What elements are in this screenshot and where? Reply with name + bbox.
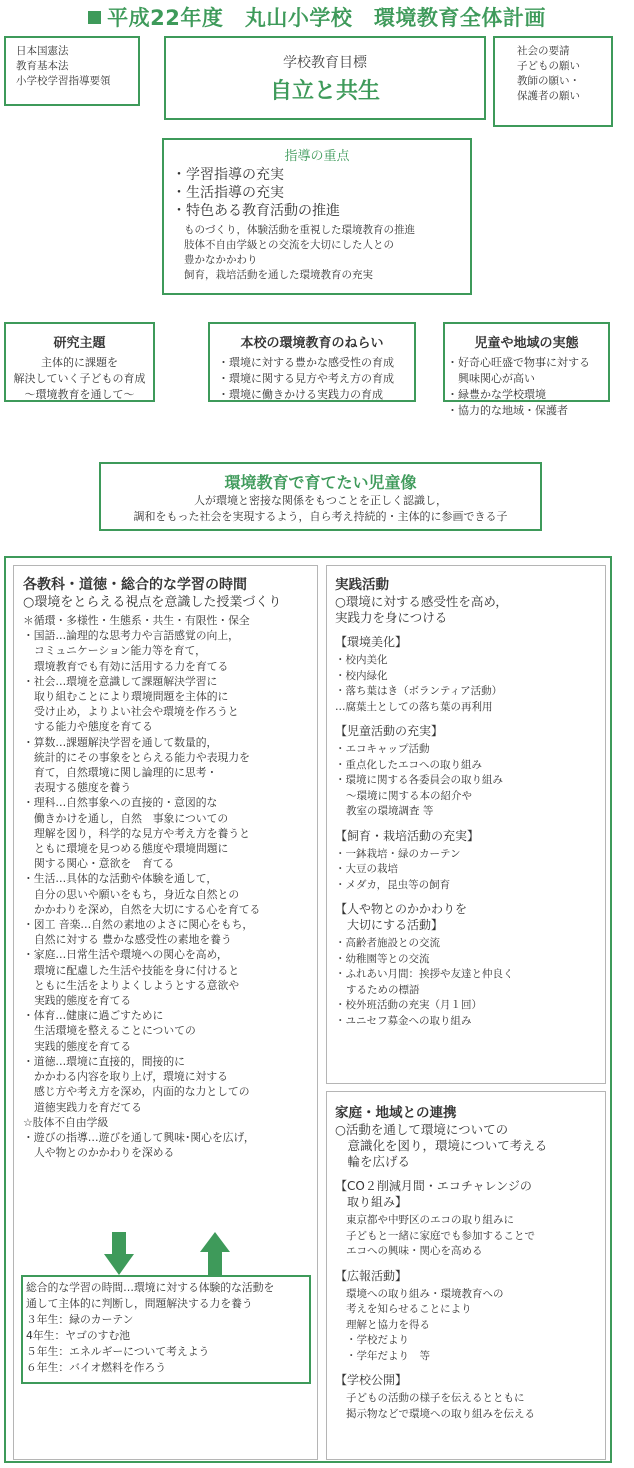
subject-line: 自分の思いや願いをもち，身近な自然との [23, 887, 317, 902]
practice-lead: 実践力を身につける [335, 610, 605, 626]
subjects-lead: ○環境をとらえる視点を意識した授業づくり [23, 594, 317, 611]
subject-line: ・理科…自然事象への直接的・意図的な [23, 795, 317, 810]
section-title: 【CO２削減月間・エコチャレンジの 取り組み】 [335, 1178, 605, 1210]
home-community-lead: 意識化を図り，環境について考える [335, 1138, 605, 1154]
law-line: 日本国憲法 [16, 44, 138, 59]
section-item: ・校外班活動の充実（月１回） [335, 998, 605, 1014]
section-item: ・学年だより 等 [335, 1349, 605, 1365]
subjects-body: ＊循環・多様性・生態系・共生・有限性・保全・国語…論理的な思考力や言語感覚の向上… [23, 613, 317, 1160]
section-item: …腐葉土としての落ち葉の再利用 [335, 700, 605, 716]
section-item: 掲示物などで環境への取り組みを伝える [335, 1407, 605, 1423]
research-line: 〜環境教育を通して〜 [6, 387, 153, 403]
section-items: ・校内美化・校内緑化・落ち葉はき（ボランティア活動）…腐葉土としての落ち葉の再利… [335, 653, 605, 715]
home-community-lead: 輪を広げる [335, 1154, 605, 1170]
community-reality-heading: 児童や地域の実態 [445, 332, 608, 351]
aim-line: ・環境に関する見方や考え方の育成 [218, 371, 414, 387]
subject-line: ・国語…論理的な思考力や言語感覚の向上， [23, 628, 317, 643]
subject-line: ・遊びの指導…遊びを通して興味･関心を広げ， [23, 1130, 317, 1145]
section-item: ・落ち葉はき（ボランティア活動） [335, 684, 605, 700]
community-reality-box: 児童や地域の実態 ・好奇心旺盛で物事に対する 興味関心が高い ・緑豊かな学校環境… [443, 322, 610, 402]
subject-line: かかわりを深め，自然を大切にする心を育てる [23, 902, 317, 917]
subject-line: 環境教育でも有効に活用する力を育てる [23, 659, 317, 674]
section-item: ・重点化したエコへの取り組み [335, 758, 605, 774]
society-wishes-box: 社会の要請 子どもの願い 教師の願い・ 保護者の願い [493, 36, 613, 127]
up-arrow-icon [200, 1232, 230, 1276]
section-title-line: 【環境美化】 [335, 634, 605, 650]
subject-line: する能力や態度を育てる [23, 719, 317, 734]
section-items: 東京都や中野区のエコの取り組みに子どもと一緒に家庭でも参加することでエコへの興味… [335, 1213, 605, 1260]
research-line: 解決していく子どもの育成 [6, 371, 153, 387]
focus-item: ・学習指導の充実 [172, 166, 470, 184]
school-goal-label: 学校教育目標 [166, 52, 484, 72]
home-community-panel: 家庭・地域との連携 ○活動を通して環境についての 意識化を図り，環境について考え… [326, 1091, 606, 1460]
subject-line: 実践的態度を育てる [23, 1039, 317, 1054]
section-item: 理解と協力を得る [335, 1318, 605, 1334]
section-item: ・高齢者施設との交流 [335, 936, 605, 952]
law-line: 小学校学習指導要領 [16, 74, 138, 89]
subject-line: ＊循環・多様性・生態系・共生・有限性・保全 [23, 613, 317, 628]
section-title: 【広報活動】 [335, 1268, 605, 1284]
section-item: 考えを知らせることにより [335, 1302, 605, 1318]
subject-line: ・算数…課題解決学習を通して数量的， [23, 735, 317, 750]
grade-activity: ６年生：バイオ燃料を作ろう [26, 1360, 309, 1376]
section-items: 子どもの活動の様子を伝えるとともに掲示物などで環境への取り組みを伝える [335, 1391, 605, 1422]
section-title-line: 【児童活動の充実】 [335, 723, 605, 739]
integrated-study-box: 総合的な学習の時間…環境に対する体験的な活動を 通して主体的に判断し，問題解決す… [21, 1275, 311, 1384]
page-title: 平成22年度 丸山小学校 環境教育全体計画 [0, 2, 634, 32]
integrated-study-line: 通して主体的に判断し，問題解決する力を養う [26, 1296, 309, 1312]
section-item: ・一鉢栽培・緑のカーテン [335, 847, 605, 863]
subject-line: コミュニケーション能力等を育て， [23, 643, 317, 658]
subject-line: 関する関心・意欲を 育てる [23, 856, 317, 871]
section-title: 【学校公開】 [335, 1372, 605, 1388]
subject-line: ・社会…環境を意識して課題解決学習に [23, 674, 317, 689]
school-goal-box: 学校教育目標 自立と共生 [164, 36, 486, 120]
section-item: ・学校だより [335, 1333, 605, 1349]
focus-detail: ものづくり，体験活動を重視した環境教育の推進 [184, 223, 470, 238]
practice-lead: ○環境に対する感受性を高め， [335, 594, 605, 610]
subject-line: 取り組むことにより環境問題を主体的に [23, 689, 317, 704]
environment-aims-heading: 本校の環境教育のねらい [210, 332, 414, 351]
section-title: 【児童活動の充実】 [335, 723, 605, 739]
section-title-line: 大切にする活動】 [335, 917, 605, 933]
section-title-line: 【CO２削減月間・エコチャレンジの [335, 1178, 605, 1194]
section-item: ・校内美化 [335, 653, 605, 669]
focus-item: ・特色ある教育活動の推進 [172, 202, 470, 220]
subject-line: ともに生活をよりよくしようとする意欲や [23, 978, 317, 993]
section-item: ・メダカ，昆虫等の飼育 [335, 878, 605, 894]
ideal-line: 調和をもった社会を実現するよう，自ら考え持続的・主体的に参画できる子 [101, 509, 540, 525]
section-items: ・高齢者施設との交流・幼稚園等との交流・ふれあい月間：挨拶や友達と仲良くするため… [335, 936, 605, 1029]
integrated-study-line: 総合的な学習の時間…環境に対する体験的な活動を [26, 1280, 309, 1296]
section-item: 環境への取り組み・環境教育への [335, 1287, 605, 1303]
section-item: ・幼稚園等との交流 [335, 952, 605, 968]
environment-aims-box: 本校の環境教育のねらい ・環境に対する豊かな感受性の育成 ・環境に関する見方や考… [208, 322, 416, 402]
reality-line: ・協力的な地域・保護者 [447, 403, 608, 419]
grade-activity: ５年生：エネルギーについて考えよう [26, 1344, 309, 1360]
practice-heading: 実践活動 [335, 576, 605, 594]
laws-box: 日本国憲法 教育基本法 小学校学習指導要領 [4, 36, 140, 106]
grade-activity: ３年生：緑のカーテン [26, 1312, 309, 1328]
wish-line: 保護者の願い [517, 89, 611, 104]
home-community-heading: 家庭・地域との連携 [335, 1104, 605, 1122]
section-item: 子どもと一緒に家庭でも参加することで [335, 1229, 605, 1245]
subject-line: ☆肢体不自由学級 [23, 1115, 317, 1130]
subject-line: 自然に対する 豊かな感受性の素地を養う [23, 932, 317, 947]
subject-line: 道徳実践力を育だてる [23, 1100, 317, 1115]
subject-line: 育て，自然環境に関し論理的に思考・ [23, 765, 317, 780]
subject-line: 実践的態度を育てる [23, 993, 317, 1008]
page-title-text: 平成22年度 丸山小学校 環境教育全体計画 [107, 6, 546, 30]
subject-line: 生活環境を整えることについての [23, 1023, 317, 1038]
reality-line: 興味関心が高い [447, 371, 608, 387]
law-line: 教育基本法 [16, 59, 138, 74]
section-item: ・校内緑化 [335, 669, 605, 685]
section-item: 子どもの活動の様子を伝えるとともに [335, 1391, 605, 1407]
section-items: ・一鉢栽培・緑のカーテン・大豆の栽培・メダカ，昆虫等の飼育 [335, 847, 605, 894]
subject-line: 統計的にその事象をとらえる能力や表現力を [23, 750, 317, 765]
focus-item: ・生活指導の充実 [172, 184, 470, 202]
wish-line: 教師の願い・ [517, 74, 611, 89]
practice-sections: 【環境美化】・校内美化・校内緑化・落ち葉はき（ボランティア活動）…腐葉土としての… [335, 634, 605, 1029]
research-theme-heading: 研究主題 [6, 332, 153, 351]
subject-line: ・家庭…日常生活や環境への関心を高め， [23, 947, 317, 962]
subject-line: 人や物とのかかわりを深める [23, 1145, 317, 1160]
section-item: するための標語 [335, 983, 605, 999]
reality-line: ・好奇心旺盛で物事に対する [447, 355, 608, 371]
subject-line: 働きかけを通し，自然 事象についての [23, 811, 317, 826]
section-items: 環境への取り組み・環境教育への考えを知らせることにより理解と協力を得る・学校だよ… [335, 1287, 605, 1365]
research-line: 主体的に課題を [6, 355, 153, 371]
ideal-child-heading: 環境教育で育てたい児童像 [101, 470, 540, 493]
section-title: 【飼育・栽培活動の充実】 [335, 828, 605, 844]
down-arrow-icon [104, 1232, 134, 1275]
subject-line: かかわる内容を取り上げ，環境に対する [23, 1069, 317, 1084]
flow-arrows [100, 1232, 240, 1276]
subject-line: ・体育…健康に過ごすために [23, 1008, 317, 1023]
wish-line: 社会の要請 [517, 44, 611, 59]
guidance-focus-heading: 指導の重点 [172, 145, 470, 164]
section-item: ・エコキャップ活動 [335, 742, 605, 758]
subject-line: 表現する態度を養う [23, 780, 317, 795]
subject-line: 受け止め，よりよい社会や環境を作ろうと [23, 704, 317, 719]
focus-detail: 肢体不自由学級との交流を大切にした人との [184, 238, 470, 253]
focus-detail: 飼育，栽培活動を通した環境教育の充実 [184, 268, 470, 283]
home-community-sections: 【CO２削減月間・エコチャレンジの 取り組み】東京都や中野区のエコの取り組みに子… [335, 1178, 605, 1422]
section-title-line: 【飼育・栽培活動の充実】 [335, 828, 605, 844]
section-title-line: 取り組み】 [335, 1194, 605, 1210]
practice-activities-panel: 実践活動 ○環境に対する感受性を高め， 実践力を身につける 【環境美化】・校内美… [326, 565, 606, 1084]
square-bullet-icon [88, 11, 101, 24]
grade-activity: 4年生：ヤゴのすむ池 [26, 1328, 309, 1344]
subject-line: ともに環境を見つめる態度や環境問題に [23, 841, 317, 856]
ideal-child-box: 環境教育で育てたい児童像 人が環境と密接な関係をもつことを正しく認識し， 調和を… [99, 462, 542, 531]
section-item: 東京都や中野区のエコの取り組みに [335, 1213, 605, 1229]
ideal-line: 人が環境と密接な関係をもつことを正しく認識し， [101, 493, 540, 509]
subject-line: ・道徳…環境に直接的，間接的に [23, 1054, 317, 1069]
research-theme-box: 研究主題 主体的に課題を 解決していく子どもの育成 〜環境教育を通して〜 [4, 322, 155, 402]
section-title: 【人や物とのかかわりを 大切にする活動】 [335, 901, 605, 933]
subject-line: 感じ方や考え方を深め，内面的な力としての [23, 1084, 317, 1099]
focus-detail: 豊かなかかわり [184, 253, 470, 268]
aim-line: ・環境に働きかける実践力の育成 [218, 387, 414, 403]
section-item: エコへの興味・関心を高める [335, 1244, 605, 1260]
wish-line: 子どもの願い [517, 59, 611, 74]
section-title: 【環境美化】 [335, 634, 605, 650]
section-item: 〜環境に関する本の紹介や [335, 789, 605, 805]
section-title-line: 【広報活動】 [335, 1268, 605, 1284]
section-item: ・ふれあい月間：挨拶や友達と仲良く [335, 967, 605, 983]
section-item: ・ユニセフ募金への取り組み [335, 1014, 605, 1030]
subject-line: ・生活…具体的な活動や体験を通して， [23, 871, 317, 886]
subject-line: ・図工 音楽…自然の素地のよさに関心をもち， [23, 917, 317, 932]
school-goal-value: 自立と共生 [166, 74, 484, 105]
section-item: ・大豆の栽培 [335, 862, 605, 878]
guidance-focus-box: 指導の重点 ・学習指導の充実 ・生活指導の充実 ・特色ある教育活動の推進 ものづ… [162, 138, 472, 295]
subject-line: 理解を図り，科学的な見方や考え方を養うと [23, 826, 317, 841]
aim-line: ・環境に対する豊かな感受性の育成 [218, 355, 414, 371]
subject-line: 環境に配慮した生活や技能を身に付けると [23, 963, 317, 978]
reality-line: ・緑豊かな学校環境 [447, 387, 608, 403]
section-item: ・環境に関する各委員会の取り組み [335, 773, 605, 789]
section-title-line: 【人や物とのかかわりを [335, 901, 605, 917]
section-title-line: 【学校公開】 [335, 1372, 605, 1388]
subjects-heading: 各教科・道徳・総合的な学習の時間 [23, 576, 317, 594]
section-items: ・エコキャップ活動・重点化したエコへの取り組み・環境に関する各委員会の取り組み〜… [335, 742, 605, 820]
home-community-lead: ○活動を通して環境についての [335, 1122, 605, 1138]
section-item: 教室の環境調査 等 [335, 804, 605, 820]
